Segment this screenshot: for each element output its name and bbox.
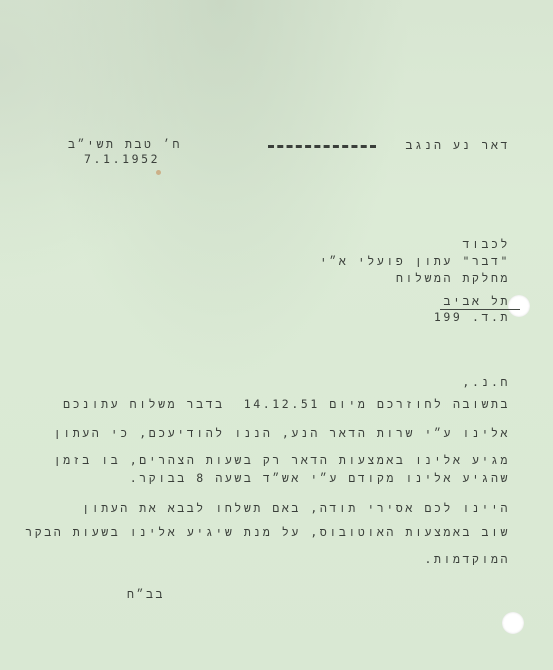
body-line: אלינו ע״י שרות הדאר הנע, הננו להודיעכם, … — [54, 428, 510, 440]
body-line: המוקדמות. — [424, 554, 510, 566]
body-line: היינו לכם אסירי תודה, באם תשלחו לבבא את … — [82, 503, 510, 515]
recipient-city: תל אביב — [443, 296, 510, 308]
gregorian-date: 7.1.1952 — [84, 154, 160, 166]
hebrew-date: ח׳ טבת תשי״ב — [68, 139, 182, 151]
recipient-department: מחלקת המשלוח — [396, 273, 510, 285]
body-line: מגיע אלינו באמצעות הדאר רק בשעות הצהרים,… — [54, 455, 510, 467]
letter-page: דאר נע הנגב ח׳ טבת תשי״ב 7.1.1952 לכבוד … — [0, 0, 553, 670]
sender-line: דאר נע הנגב — [405, 140, 510, 152]
body-line: בתשובה לחוזרכם מיום 14.12.51 בדבר משלוח … — [63, 399, 510, 411]
salutation: ח.נ., — [462, 377, 510, 389]
body-line: שוב באמצעות האוטובוס, על מנת שיגיע אלינו… — [25, 527, 510, 539]
body-line: שהגיע אלינו מקודם ע״י אש״ד בשעה 8 בבוקר. — [130, 473, 510, 485]
recipient-po-box: ת.ד. 199 — [434, 312, 510, 324]
recipient-honorific: לכבוד — [462, 239, 510, 251]
stain-mark — [156, 170, 161, 175]
sender-rule — [268, 145, 376, 148]
closing: בב״ח — [127, 589, 165, 601]
recipient-name: "דבר" עתון פועלי א״י — [320, 256, 510, 268]
punch-hole-bottom — [502, 612, 524, 634]
punch-hole-top — [508, 295, 530, 317]
